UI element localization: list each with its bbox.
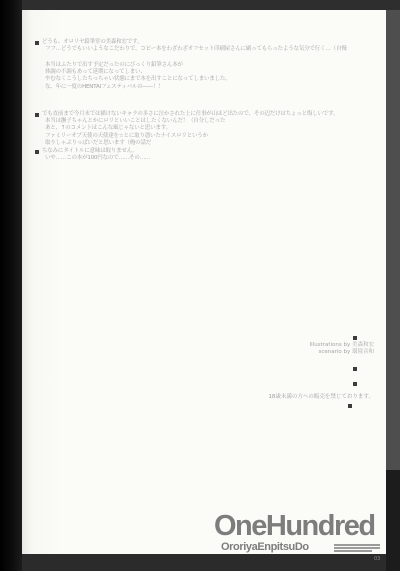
scan-border-bottom xyxy=(22,554,386,571)
scan-border-right-dark xyxy=(386,470,400,571)
text-line: な、年に一度のHENTAIフェスティバルの――！！ xyxy=(45,84,231,91)
text-line: ファミリーオブ天使の天使達を☆とに取り憑いたナイスロリというか xyxy=(45,133,338,140)
afterword-paragraph-1: どうも、オロリヤ鉛筆堂の美森和宏です。 フフ…どうでもいいようなこだわりで、コピ… xyxy=(42,39,347,53)
afterword-paragraph-2: 本当はふたりで出す予定だったのにびっくり鉛筆さん本が 体調の不調もあって延期にな… xyxy=(42,62,231,91)
scenario-credit: scenario by 環境音和 xyxy=(318,349,374,356)
bullet-square-icon xyxy=(353,336,357,340)
circle-logo-title: OneHundred xyxy=(214,511,375,541)
scan-border-left xyxy=(0,0,22,571)
scan-border-right xyxy=(386,10,400,470)
bullet-square-icon xyxy=(348,404,352,408)
illustrations-credit: Illustrations by 美森和宏 xyxy=(310,342,374,349)
page-surface: どうも、オロリヤ鉛筆堂の美森和宏です。 フフ…どうでもいいようなこだわりで、コピ… xyxy=(22,10,386,554)
age-restriction-notice: 18歳未満の方への販売を禁じております。 xyxy=(268,392,374,400)
bullet-square-icon xyxy=(353,367,357,371)
scan-border-top xyxy=(22,0,400,10)
page-number: 03 xyxy=(374,556,380,562)
afterword-paragraph-3: でも直前まで今月末では描けないキャラの多さに泣かされた上に仕事が山ほど出たので、… xyxy=(42,111,338,147)
logo-fineprint-lines xyxy=(334,544,380,553)
text-line: 取りしゃぶりっぱいだと思います（俺の話だ xyxy=(45,140,338,147)
text-line: やむなくこうしたちっちゃい状態にまで本を出すことになってしまいました。 xyxy=(45,76,231,83)
bullet-square-icon xyxy=(353,382,357,386)
text-line: フフ…どうでもいいようなこだわりで、コピー本をわざわざオフセット印刷屋さんに刷っ… xyxy=(45,46,347,53)
text-line: いや……この本が100円なので……その…… xyxy=(45,155,150,162)
circle-logo-subtitle: OroriyaEnpitsuDo xyxy=(221,541,309,553)
bullet-square-icon xyxy=(35,41,39,45)
bullet-square-icon xyxy=(35,150,39,154)
bullet-square-icon xyxy=(35,113,39,117)
text-line: あと、↑のコメントはこんな風じゃないと思います。 xyxy=(45,125,338,132)
scanned-doujinshi-afterword: { "colors": { "logo_gray": "#7d7d7d", "b… xyxy=(0,0,400,571)
afterword-paragraph-4: ちなみにタイトルに意味は取りません。 いや……この本が100円なので……その…… xyxy=(42,148,150,162)
